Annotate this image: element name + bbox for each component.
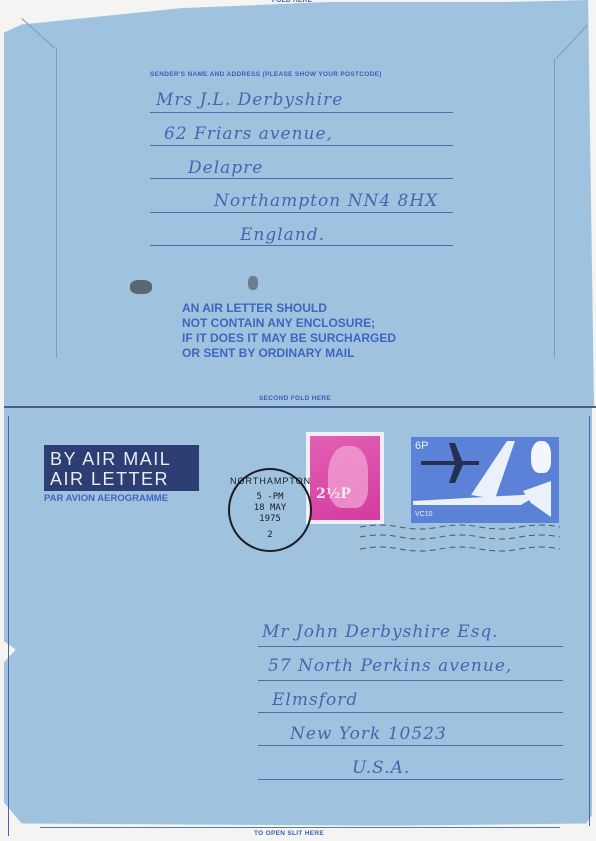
par-avion-label: PAR AVION AEROGRAMME bbox=[44, 493, 168, 504]
cancellation-wave-lines bbox=[360, 523, 596, 563]
postmark-year: 1975 bbox=[230, 514, 310, 524]
sender-rule-3 bbox=[150, 178, 453, 179]
recipient-rule-1 bbox=[258, 646, 563, 647]
ink-smudge bbox=[248, 276, 258, 290]
sender-line-1: Mrs J.L. Derbyshire bbox=[156, 90, 343, 110]
recipient-rule-4 bbox=[258, 745, 563, 746]
recipient-rule-3 bbox=[258, 712, 563, 713]
slit-line bbox=[40, 827, 560, 828]
notice-line: IF IT DOES IT MAY BE SURCHARGED bbox=[182, 331, 396, 346]
adhesive-stamp: 2½P bbox=[306, 432, 384, 524]
recipient-line-5: U.S.A. bbox=[352, 758, 410, 778]
ink-smudge bbox=[130, 280, 152, 294]
imprinted-stamp: 6P VC10 bbox=[411, 437, 559, 523]
postmark-time: 5 -PM bbox=[230, 492, 310, 502]
recipient-line-4: New York 10523 bbox=[290, 724, 447, 744]
sender-line-5: England. bbox=[240, 225, 325, 245]
sender-rule-2 bbox=[150, 145, 453, 146]
fold-guide-left-vertical bbox=[56, 48, 57, 358]
sender-rule-1 bbox=[150, 112, 453, 113]
queen-cameo-icon bbox=[531, 441, 551, 473]
panel-edge-line bbox=[8, 416, 9, 836]
fold-divider bbox=[4, 406, 596, 408]
fold-guide-right-vertical bbox=[554, 58, 555, 358]
sender-line-3: Delapre bbox=[188, 158, 263, 178]
enclosure-notice: AN AIR LETTER SHOULD NOT CONTAIN ANY ENC… bbox=[182, 301, 396, 361]
airmail-label-line1: BY AIR MAIL bbox=[50, 449, 199, 469]
fold-here-label: FOLD HERE bbox=[272, 0, 312, 4]
sender-line-2: 62 Friars avenue, bbox=[164, 124, 333, 144]
postmark: NORTHAMPTON 5 -PM 18 MAY 1975 2 bbox=[228, 468, 312, 552]
imprint-caption: VC10 bbox=[415, 511, 433, 518]
recipient-rule-5 bbox=[258, 779, 563, 780]
postmark-date: 18 MAY bbox=[230, 503, 310, 513]
postmark-town: NORTHAMPTON bbox=[230, 476, 310, 486]
airmail-label: BY AIR MAIL AIR LETTER bbox=[44, 445, 199, 491]
airmail-label-line2: AIR LETTER bbox=[50, 469, 199, 489]
recipient-line-1: Mr John Derbyshire Esq. bbox=[262, 622, 499, 642]
slit-label: TO OPEN SLIT HERE bbox=[254, 830, 324, 837]
notice-line: OR SENT BY ORDINARY MAIL bbox=[182, 346, 396, 361]
sender-rule-4 bbox=[150, 212, 453, 213]
postmark-number: 2 bbox=[230, 530, 310, 540]
sender-line-4: Northampton NN4 8HX bbox=[214, 191, 438, 211]
notice-line: AN AIR LETTER SHOULD bbox=[182, 301, 396, 316]
recipient-line-3: Elmsford bbox=[272, 690, 358, 710]
panel-edge-line bbox=[589, 416, 590, 826]
stamp-value: 2½P bbox=[316, 486, 351, 502]
notice-line: NOT CONTAIN ANY ENCLOSURE; bbox=[182, 316, 396, 331]
recipient-rule-2 bbox=[258, 680, 563, 681]
recipient-line-2: 57 North Perkins avenue, bbox=[268, 656, 512, 676]
sender-rule-5 bbox=[150, 245, 453, 246]
second-fold-label: SECOND FOLD HERE bbox=[259, 395, 331, 402]
sender-heading: SENDER'S NAME AND ADDRESS (PLEASE SHOW Y… bbox=[150, 71, 382, 78]
